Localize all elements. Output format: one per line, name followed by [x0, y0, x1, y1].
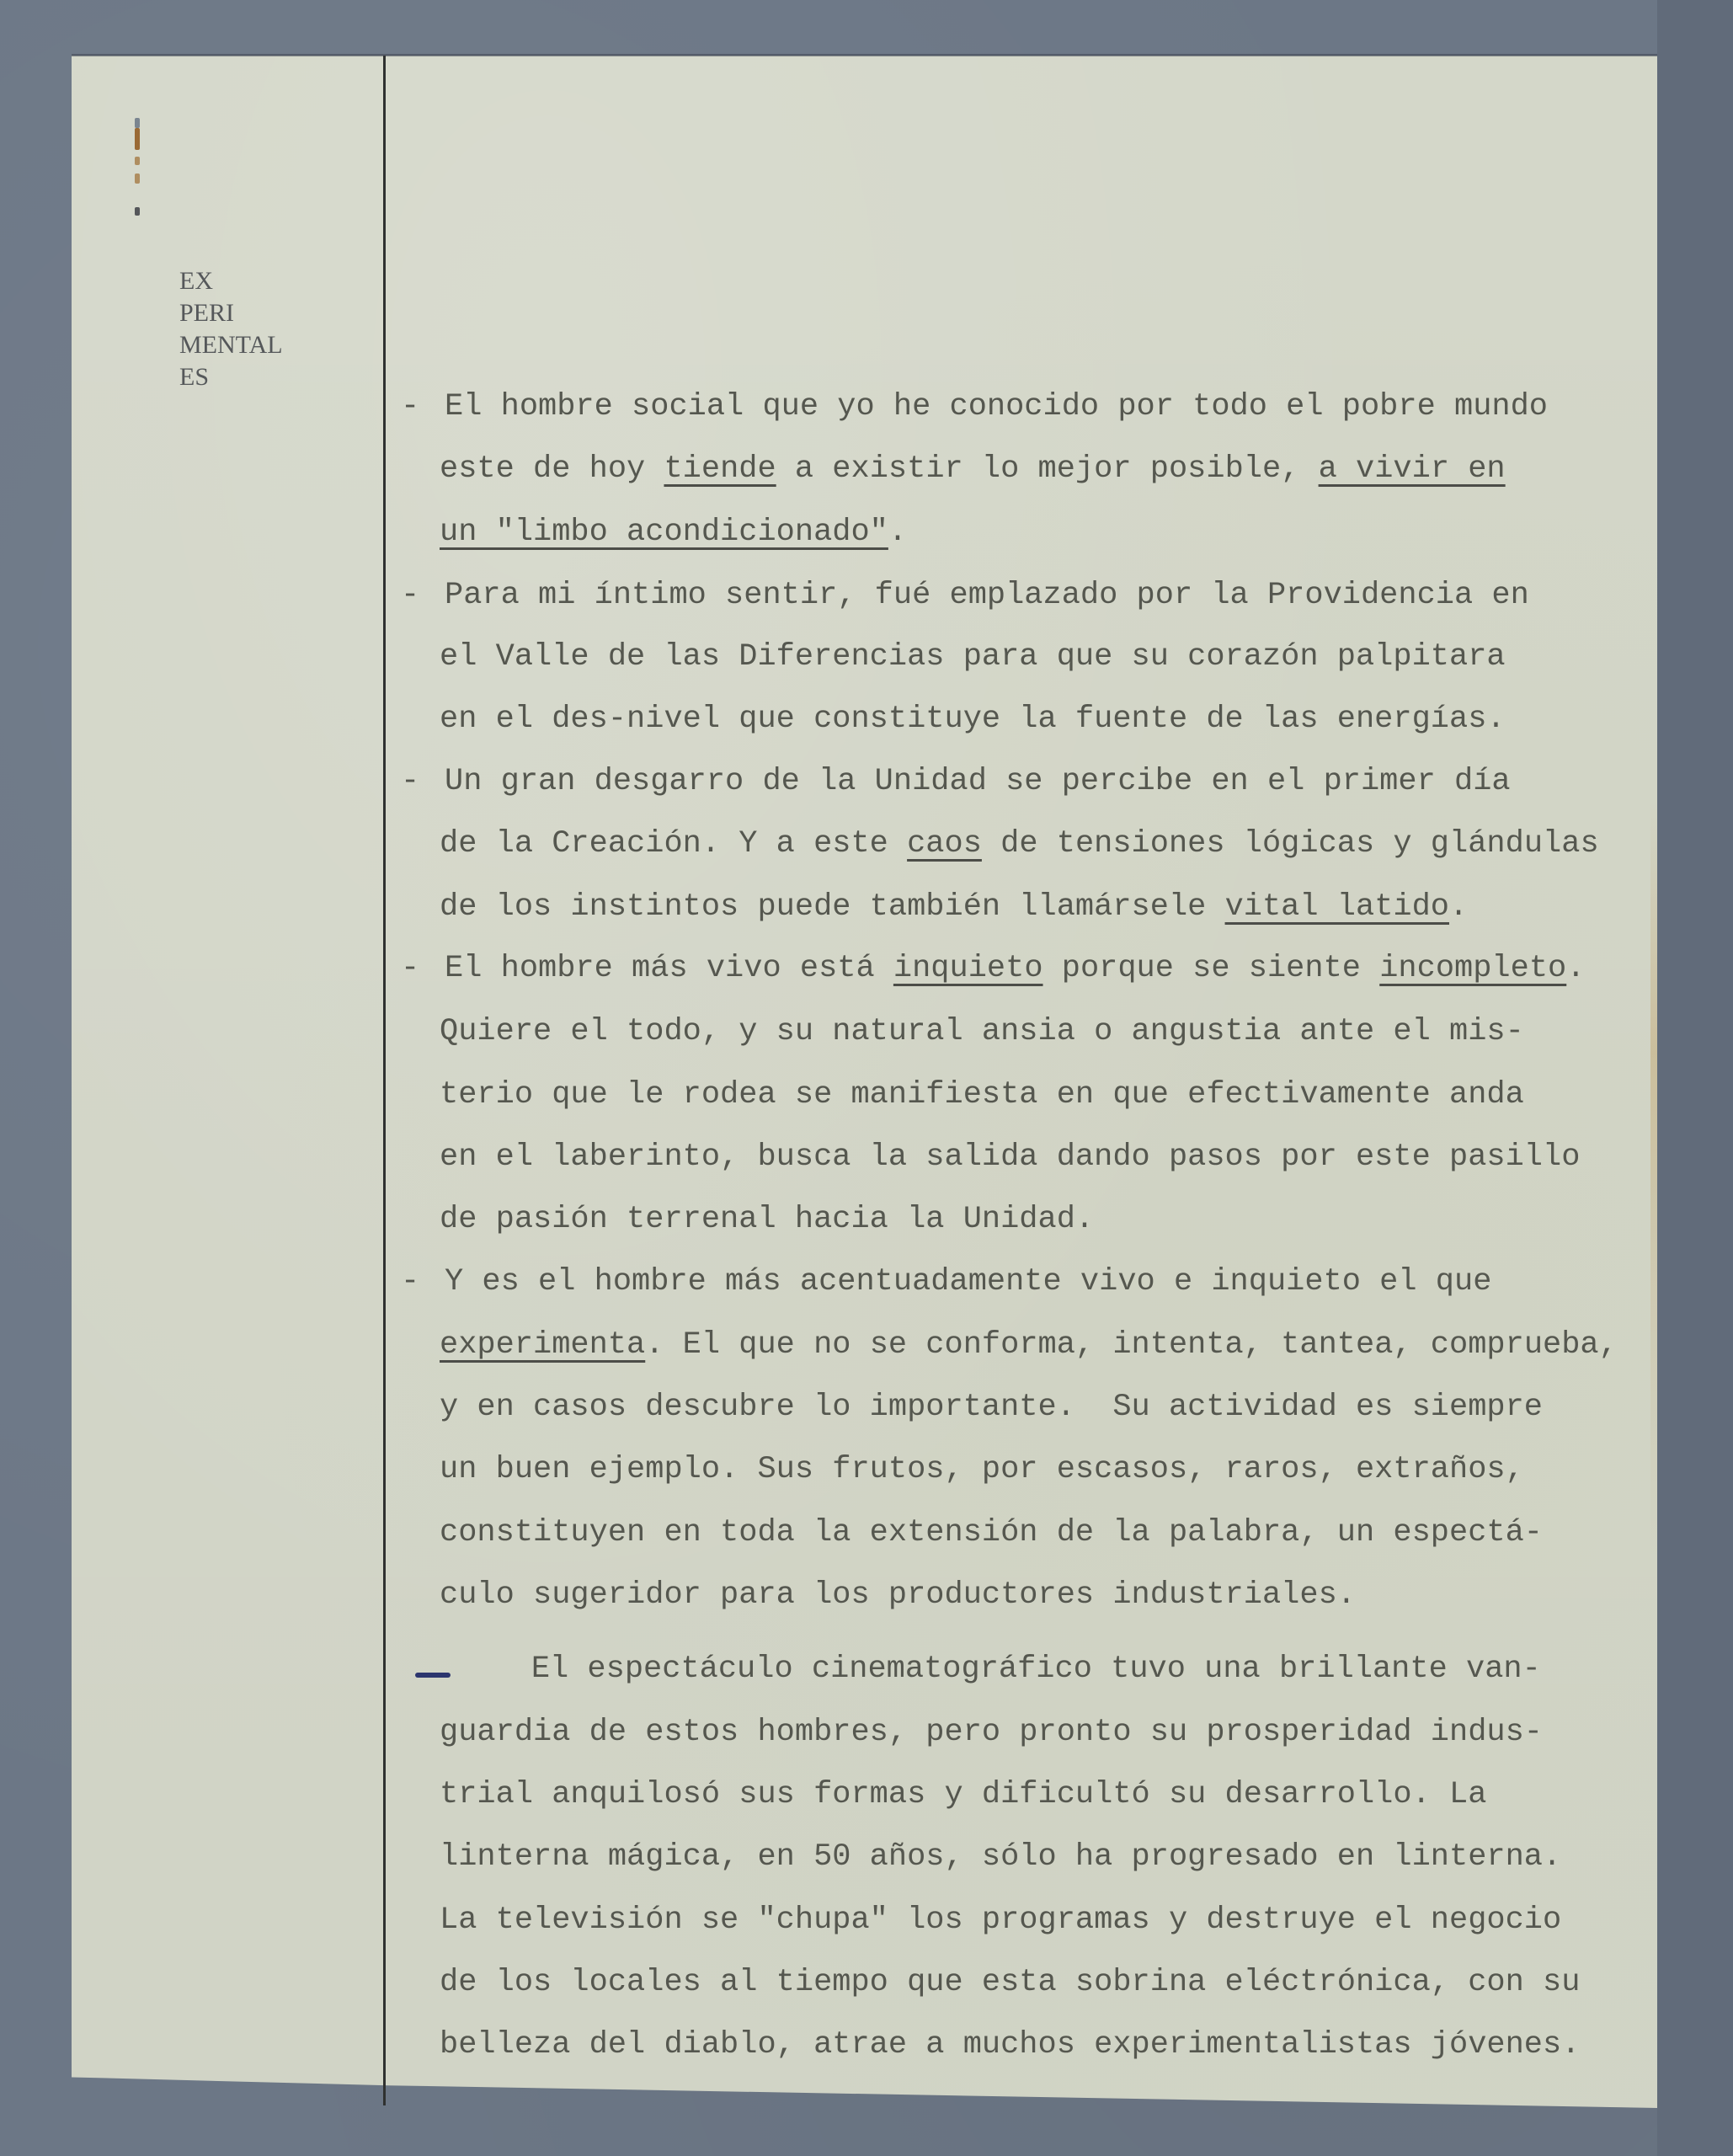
rust-stain-mark [135, 173, 140, 184]
text-run: . El que no se conforma, intenta, tantea… [645, 1327, 1618, 1363]
text-line: un "limbo acondicionado". [440, 517, 907, 548]
text-line: La televisión se "chupa" los programas y… [440, 1905, 1561, 1936]
margin-heading-line: PERI [179, 297, 283, 329]
text-run: trial anquilosó sus formas y dificultó s… [440, 1777, 1486, 1812]
text-line: Un gran desgarro de la Unidad se percibe… [445, 766, 1511, 798]
underlined-phrase: a vivir en [1319, 451, 1506, 487]
text-run: El hombre más vivo está [445, 951, 893, 986]
margin-heading-line: ES [179, 361, 283, 393]
text-run: en el des-nivel que constituye la fuente… [440, 702, 1506, 737]
text-line: experimenta. El que no se conforma, inte… [440, 1330, 1618, 1361]
text-run: de tensiones lógicas y glándulas [982, 826, 1599, 862]
text-line: el Valle de las Diferencias para que su … [440, 642, 1506, 673]
text-run: terio que le rodea se manifiesta en que … [440, 1077, 1524, 1113]
text-line: Quiere el todo, y su natural ansia o ang… [440, 1017, 1524, 1048]
text-run: el Valle de las Diferencias para que su … [440, 639, 1506, 675]
underlined-phrase: caos [907, 826, 982, 862]
text-line: Y es el hombre más acentuadamente vivo e… [445, 1267, 1491, 1298]
text-line: El hombre social que yo he conocido por … [445, 392, 1548, 423]
text-line: Para mi íntimo sentir, fué emplazado por… [445, 580, 1529, 611]
text-line: de pasión terrenal hacia la Unidad. [440, 1204, 1094, 1235]
underlined-phrase: inquieto [893, 951, 1043, 986]
text-line: El hombre más vivo está inquieto porque … [445, 953, 1585, 985]
paragraph-dash: - [401, 766, 419, 798]
text-line: terio que le rodea se manifiesta en que … [440, 1080, 1524, 1111]
text-line: en el des-nivel que constituye la fuente… [440, 704, 1506, 735]
text-run: . [1449, 889, 1468, 925]
text-run: Un gran desgarro de la Unidad se percibe… [445, 764, 1511, 799]
margin-rule-line [383, 56, 386, 2105]
text-line: guardia de estos hombres, pero pronto su… [440, 1717, 1543, 1748]
text-run: y en casos descubre lo importante. Su ac… [440, 1390, 1543, 1425]
mount-board-shadow [1657, 0, 1733, 2156]
paragraph-dash: - [401, 392, 419, 423]
underlined-phrase: incompleto [1379, 951, 1566, 986]
text-run: porque se siente [1043, 951, 1380, 986]
underlined-phrase: tiende [664, 451, 776, 487]
text-line: de la Creación. Y a este caos de tension… [440, 829, 1599, 860]
text-run: un buen ejemplo. Sus frutos, por escasos… [440, 1452, 1524, 1487]
text-run: de los locales al tiempo que esta sobrin… [440, 1965, 1580, 2000]
margin-heading-line: EX [179, 265, 283, 297]
text-line: de los instintos puede también llamársel… [440, 892, 1468, 923]
text-line: linterna mágica, en 50 años, sólo ha pro… [440, 1842, 1561, 1873]
text-line: El espectáculo cinematográfico tuvo una … [456, 1654, 1541, 1685]
margin-heading: EX PERI MENTAL ES [179, 265, 283, 393]
text-run: de la Creación. Y a este [440, 826, 907, 862]
text-run: constituyen en toda la extensión de la p… [440, 1515, 1543, 1550]
text-line: belleza del diablo, atrae a muchos exper… [440, 2030, 1580, 2061]
text-line: un buen ejemplo. Sus frutos, por escasos… [440, 1454, 1524, 1486]
text-run: El hombre social que yo he conocido por … [445, 389, 1548, 424]
paragraph-dash: - [401, 580, 419, 611]
text-run: a existir lo mejor posible, [776, 451, 1319, 487]
underlined-phrase: experimenta [440, 1327, 645, 1363]
text-run: . [888, 515, 907, 550]
text-run: El espectáculo cinematográfico tuvo una … [456, 1652, 1541, 1687]
paragraph-dash: - [401, 953, 419, 985]
text-run: La televisión se "chupa" los programas y… [440, 1903, 1561, 1938]
text-run: . [1566, 951, 1585, 986]
underlined-phrase: vital latido [1225, 889, 1449, 925]
text-run: de pasión terrenal hacia la Unidad. [440, 1202, 1094, 1237]
text-line: constituyen en toda la extensión de la p… [440, 1518, 1543, 1549]
staple-hole-mark [135, 207, 140, 216]
text-run: este de hoy [440, 451, 664, 487]
text-run: guardia de estos hombres, pero pronto su… [440, 1715, 1543, 1750]
text-run: Quiere el todo, y su natural ansia o ang… [440, 1014, 1524, 1049]
staple-hole-mark [135, 118, 140, 128]
page-top-edge [72, 54, 1657, 56]
text-line: y en casos descubre lo importante. Su ac… [440, 1392, 1543, 1423]
page-edge-stain [1650, 800, 1657, 1558]
rust-stain-mark [135, 128, 140, 150]
text-run: Para mi íntimo sentir, fué emplazado por… [445, 578, 1529, 613]
text-run: en el laberinto, busca la salida dando p… [440, 1139, 1580, 1175]
text-line: trial anquilosó sus formas y dificultó s… [440, 1780, 1486, 1811]
text-line: en el laberinto, busca la salida dando p… [440, 1142, 1580, 1173]
text-line: culo sugeridor para los productores indu… [440, 1580, 1356, 1611]
text-line: este de hoy tiende a existir lo mejor po… [440, 454, 1506, 485]
ink-dash-mark [415, 1673, 451, 1678]
text-run: culo sugeridor para los productores indu… [440, 1577, 1356, 1613]
text-run: de los instintos puede también llamársel… [440, 889, 1225, 925]
margin-heading-line: MENTAL [179, 329, 283, 361]
paragraph-dash: - [401, 1267, 419, 1298]
underlined-phrase: un "limbo acondicionado" [440, 515, 888, 550]
rust-stain-mark [135, 157, 140, 165]
text-run: Y es el hombre más acentuadamente vivo e… [445, 1264, 1491, 1299]
text-line: de los locales al tiempo que esta sobrin… [440, 1967, 1580, 1999]
text-run: linterna mágica, en 50 años, sólo ha pro… [440, 1839, 1561, 1875]
text-run: belleza del diablo, atrae a muchos exper… [440, 2027, 1580, 2063]
